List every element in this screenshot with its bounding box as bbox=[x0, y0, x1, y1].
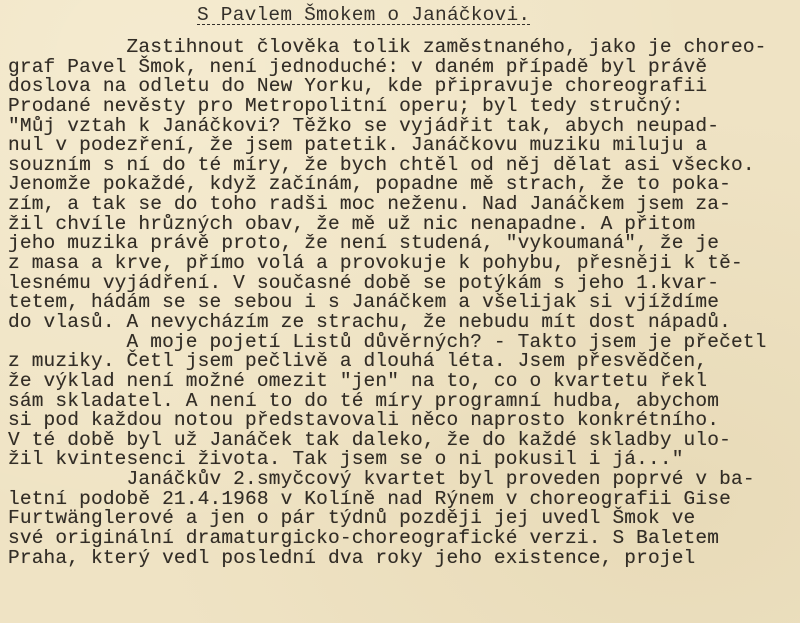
text-line: z muziky. Četl jsem pečlivě a dlouhá lét… bbox=[8, 352, 798, 372]
text-line: Praha, který vedl poslední dva roky jeho… bbox=[8, 549, 798, 569]
text-line: své originální dramaturgicko-choreografi… bbox=[8, 529, 798, 549]
text-line: Prodané nevěsty pro Metropolitní operu; … bbox=[8, 97, 798, 117]
document-title: S Pavlem Šmokem o Janáčkovi. bbox=[197, 4, 530, 26]
text-line: Janáčkův 2.smyčcový kvartet byl proveden… bbox=[8, 470, 798, 490]
text-line: doslova na odletu do New Yorku, kde přip… bbox=[8, 77, 798, 97]
typewritten-page: S Pavlem Šmokem o Janáčkovi. Zastihnout … bbox=[0, 0, 800, 623]
text-line: si pod každou notou představovali něco n… bbox=[8, 411, 798, 431]
text-line: nul v podezření, že jsem patetik. Janáčk… bbox=[8, 136, 798, 156]
text-line: že výklad není možné omezit "jen" na to,… bbox=[8, 372, 798, 392]
text-line: do vlasů. A nevycházím ze strachu, že ne… bbox=[8, 313, 798, 333]
text-line: zím, a tak se do toho radši moc neženu. … bbox=[8, 195, 798, 215]
text-line: z masa a krve, přímo volá a provokuje k … bbox=[8, 254, 798, 274]
text-line: Zastihnout člověka tolik zaměstnaného, j… bbox=[8, 38, 798, 58]
document-body: Zastihnout člověka tolik zaměstnaného, j… bbox=[8, 38, 798, 568]
